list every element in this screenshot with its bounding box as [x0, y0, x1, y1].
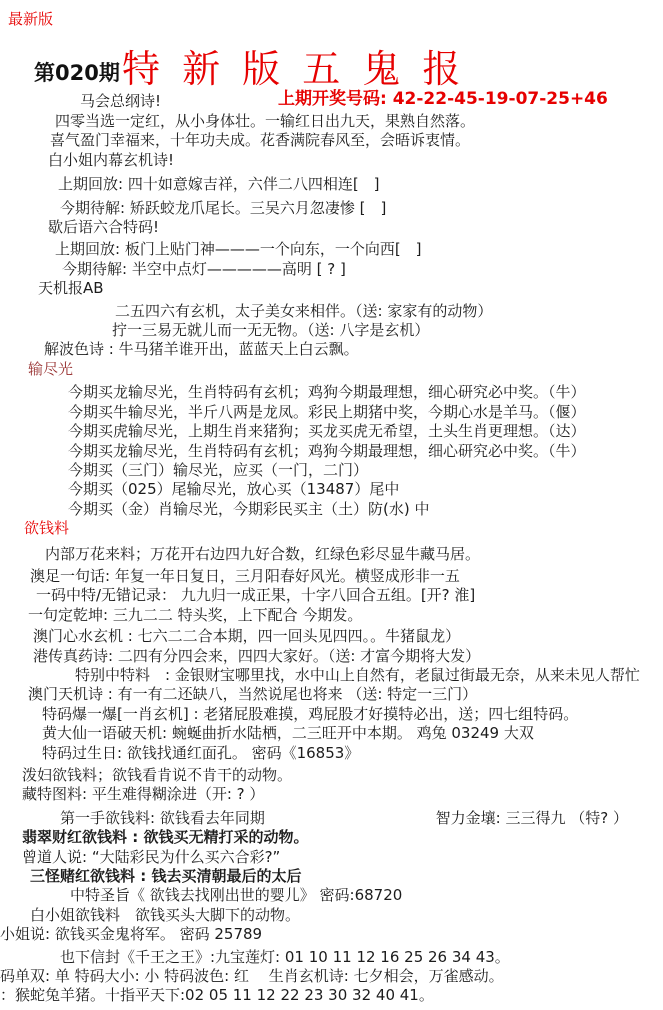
text-line: 港传真药诗: 二四有分四会来，四四大家好。（送: 才富今期将大发）	[0, 647, 663, 666]
section-heading-yuqianliao: 欲钱料	[0, 519, 663, 538]
text-line: 特码爆一爆[一肖玄机] : 老猪屁股难摸，鸡屁股才好摸特必出，送；四七组特码。	[0, 705, 663, 724]
text-line: 曾道人说: “大陆彩民为什么买六合彩?”	[0, 848, 663, 867]
line-text: 泼妇欲钱料；欲钱看肯说不肯干的动物。	[22, 766, 292, 785]
text-line: 今期待解: 矫跃蛟龙爪尾长。三吴六月忽凄惨 [ ]	[0, 199, 663, 218]
text-line: 喜气盈门幸福来，十年功夫成。花香满院春风至，会晤诉衷情。	[0, 131, 663, 150]
text-line: 今期买牛输尽光，半斤八两是龙凤。彩民上期猪中奖，今期心水是羊马。（偃）	[0, 403, 663, 422]
line-text: 喜气盈门幸福来，十年功夫成。花香满院春风至，会晤诉衷情。	[50, 131, 470, 150]
text-line: 内部万花来料；万花开右边四九好合数，红绿色彩尽显牛藏马居。	[0, 545, 663, 564]
line-text: 今期买龙输尽光，生肖特码有玄机；鸡狗今期最理想，细心研究必中奖。（牛）	[68, 383, 586, 402]
line-text: 也下信封《千王之王》:九宝莲灯: 01 10 11 12 16 25 26 34…	[60, 948, 510, 967]
text-line: 今期待解: 半空中点灯—————高明 [ ? ]	[0, 260, 663, 279]
text-line: 特码过生日: 欲钱找通红面孔。 密码《16853》	[0, 744, 663, 763]
line-text: 港传真药诗: 二四有分四会来，四四大家好。（送: 才富今期将大发）	[33, 647, 480, 666]
section-heading-tianjibao: 天机报AB	[0, 279, 663, 298]
line-text: 今期买（025）尾输尽光，放心买（13487）尾中	[68, 480, 399, 499]
text-line: 拧一三易无就儿而一无无物。（送: 八字是玄机）	[0, 321, 663, 340]
line-text: 今期待解: 矫跃蛟龙爪尾长。三吴六月忽凄惨 [ ]	[60, 199, 386, 218]
line-text: 藏特图料: 平生难得糊涂进（开: ? ）	[22, 785, 264, 804]
text-line: 一句定乾坤: 三九二二 特头奖，上下配合 今期发。	[0, 606, 663, 625]
text-line: 解波色诗 : 牛马猪羊谁开出，蓝蓝天上白云飘。	[0, 340, 663, 359]
line-text: 第一手欲钱料: 欲钱看去年同期	[60, 809, 265, 828]
text-line: 特别中特料 : 金银财宝哪里找，水中山上自然有，老鼠过街最无奈，从来未见人帮忙	[0, 666, 663, 685]
line-text: 小姐说: 欲钱买金鬼将军。 密码 25789	[0, 925, 262, 944]
line-text: 白小姐内幕玄机诗!	[48, 151, 174, 170]
line-text: 中特圣旨《 欲钱去找刚出世的婴儿》 密码:68720	[70, 886, 402, 905]
masthead: 最新版 第020期 特 新 版 五 鬼 报 马会总纲诗! 上期开奖号码: 42-…	[0, 0, 663, 112]
line-text: 特别中特料 : 金银财宝哪里找，水中山上自然有，老鼠过街最无奈，从来未见人帮忙	[75, 666, 640, 685]
text-line: 今期买龙输尽光，生肖特码有玄机；鸡狗今期最理想，细心研究必中奖。（牛）	[0, 383, 663, 402]
line-text: 今期买（三门）输尽光，应买（一门，二门）	[68, 461, 368, 480]
line-right-text: 智力金壤: 三三得九 （特? ）	[436, 809, 663, 828]
line-text: 解波色诗 : 牛马猪羊谁开出，蓝蓝天上白云飘。	[44, 340, 359, 359]
text-line: ：猴蛇兔羊猪。十指平天下:02 05 11 12 22 23 30 32 40 …	[0, 986, 663, 1005]
line-text: 上期回放: 四十如意嫁吉祥，六伴二八四相连[ ]	[58, 175, 380, 194]
text-line: 澳门天机诗 : 有一有二还缺八，当然说尾也将来 （送: 特定一三门）	[0, 685, 663, 704]
document-body: 四零当选一定红，从小身体壮。一输红日出九天，果熟自然落。喜气盈门幸福来，十年功夫…	[0, 112, 663, 1006]
line-text: 今期买牛输尽光，半斤八两是龙凤。彩民上期猪中奖，今期心水是羊马。（偃）	[68, 403, 586, 422]
section-heading-xiehouyu: 歇后语六合特码!	[0, 218, 663, 237]
line-text: 澳门心水玄机 : 七六二二合本期，四一回头见四四。。牛猪鼠龙）	[33, 627, 460, 646]
text-line: 小姐说: 欲钱买金鬼将军。 密码 25789	[0, 925, 663, 944]
text-line: 今期买（金）肖输尽光，今期彩民买主（土）防(水) 中	[0, 500, 663, 519]
text-line: 泼妇欲钱料；欲钱看肯说不肯干的动物。	[0, 766, 663, 785]
section-heading-shujinguang: 输尽光	[0, 360, 663, 379]
line-text: 特码过生日: 欲钱找通红面孔。 密码《16853》	[42, 744, 359, 763]
line-text: 白小姐欲钱料 欲钱买头大脚下的动物。	[30, 906, 300, 925]
text-line: 中特圣旨《 欲钱去找刚出世的婴儿》 密码:68720	[0, 886, 663, 905]
line-text: 今期买（金）肖输尽光，今期彩民买主（土）防(水) 中	[68, 500, 429, 519]
text-line: 码单双: 单 特码大小: 小 特码波色: 红 生肖玄机诗: 七夕相会，万雀感动。	[0, 967, 663, 986]
line-text: 四零当选一定红，从小身体壮。一输红日出九天，果熟自然落。	[55, 112, 475, 131]
line-text: 今期待解: 半空中点灯—————高明 [ ? ]	[62, 260, 346, 279]
line-text: 上期回放: 板门上贴门神———一个向东，一个向西[ ]	[55, 240, 422, 259]
lottery-tip-sheet: 最新版 第020期 特 新 版 五 鬼 报 马会总纲诗! 上期开奖号码: 42-…	[0, 0, 663, 1010]
text-line: 一码中特/无错记录： 九九归一成正果，十字八回合五组。[开? 淮]	[0, 586, 663, 605]
line-text: 欲钱料	[24, 519, 69, 538]
line-text: 拧一三易无就儿而一无无物。（送: 八字是玄机）	[112, 321, 429, 340]
text-line: 藏特图料: 平生难得糊涂进（开: ? ）	[0, 785, 663, 804]
line-text: 特码爆一爆[一肖玄机] : 老猪屁股难摸，鸡屁股才好摸特必出，送；四七组特码。	[42, 705, 578, 724]
text-line: 上期回放: 板门上贴门神———一个向东，一个向西[ ]	[0, 240, 663, 259]
line-text: 澳足一句话: 年复一年日复日，三月阳春好风光。横竖成形非一五	[30, 567, 460, 586]
text-line: 翡翠财红欲钱料 : 欲钱买无精打采的动物。	[0, 828, 663, 847]
text-line: 白小姐欲钱料 欲钱买头大脚下的动物。	[0, 906, 663, 925]
issue-number: 第020期	[34, 57, 120, 87]
text-line: 澳足一句话: 年复一年日复日，三月阳春好风光。横竖成形非一五	[0, 567, 663, 586]
line-text: 码单双: 单 特码大小: 小 特码波色: 红 生肖玄机诗: 七夕相会，万雀感动。	[0, 967, 504, 986]
line-text: 输尽光	[28, 360, 73, 379]
section-heading-baixiaojie-poem: 白小姐内幕玄机诗!	[0, 151, 663, 170]
line-text: 今期买龙输尽光，生肖特码有玄机；鸡狗今期最理想，细心研究必中奖。（牛）	[68, 442, 586, 461]
line-text: 今期买虎输尽光，上期生肖来猪狗；买龙买虎无希望，土头生肖更理想。（达）	[68, 422, 586, 441]
line-text: 澳门天机诗 : 有一有二还缺八，当然说尾也将来 （送: 特定一三门）	[28, 685, 477, 704]
text-line: 今期买（三门）输尽光，应买（一门，二门）	[0, 461, 663, 480]
line-text: 天机报AB	[38, 279, 104, 298]
text-line: 四零当选一定红，从小身体壮。一输红日出九天，果熟自然落。	[0, 112, 663, 131]
text-line: 二五四六有玄机，太子美女来相伴。（送: 家家有的动物）	[0, 302, 663, 321]
text-line: 第一手欲钱料: 欲钱看去年同期智力金壤: 三三得九 （特? ）	[0, 809, 663, 828]
line-text: 一码中特/无错记录： 九九归一成正果，十字八回合五组。[开? 淮]	[36, 586, 475, 605]
line-text: 二五四六有玄机，太子美女来相伴。（送: 家家有的动物）	[115, 302, 492, 321]
text-line: 今期买（025）尾输尽光，放心买（13487）尾中	[0, 480, 663, 499]
line-text: 歇后语六合特码!	[48, 218, 159, 237]
line-text: 三怪赌红欲钱料 : 钱去买清朝最后的太后	[30, 867, 301, 886]
text-line: 黄大仙一语破天机: 蜿蜒曲折水陆栖，二三旺开中本期。 鸡兔 03249 大双	[0, 724, 663, 743]
text-line: 今期买龙输尽光，生肖特码有玄机；鸡狗今期最理想，细心研究必中奖。（牛）	[0, 442, 663, 461]
line-text: ：猴蛇兔羊猪。十指平天下:02 05 11 12 22 23 30 32 40 …	[0, 986, 434, 1005]
last-draw-numbers: 上期开奖号码: 42-22-45-19-07-25+46	[278, 84, 608, 109]
line-text: 黄大仙一语破天机: 蜿蜒曲折水陆栖，二三旺开中本期。 鸡兔 03249 大双	[42, 724, 534, 743]
text-line: 今期买虎输尽光，上期生肖来猪狗；买龙买虎无希望，土头生肖更理想。（达）	[0, 422, 663, 441]
line-text: 一句定乾坤: 三九二二 特头奖，上下配合 今期发。	[28, 606, 362, 625]
text-line: 也下信封《千王之王》:九宝莲灯: 01 10 11 12 16 25 26 34…	[0, 948, 663, 967]
text-line: 三怪赌红欲钱料 : 钱去买清朝最后的太后	[0, 867, 663, 886]
line-text: 曾道人说: “大陆彩民为什么买六合彩?”	[22, 848, 280, 867]
line-text: 内部万花来料；万花开右边四九好合数，红绿色彩尽显牛藏马居。	[45, 545, 480, 564]
masthead-subtitle: 马会总纲诗!	[80, 90, 161, 111]
text-line: 澳门心水玄机 : 七六二二合本期，四一回头见四四。。牛猪鼠龙）	[0, 627, 663, 646]
line-text: 翡翠财红欲钱料 : 欲钱买无精打采的动物。	[22, 828, 308, 847]
text-line: 上期回放: 四十如意嫁吉祥，六伴二八四相连[ ]	[0, 175, 663, 194]
edition-label: 最新版	[8, 8, 53, 29]
